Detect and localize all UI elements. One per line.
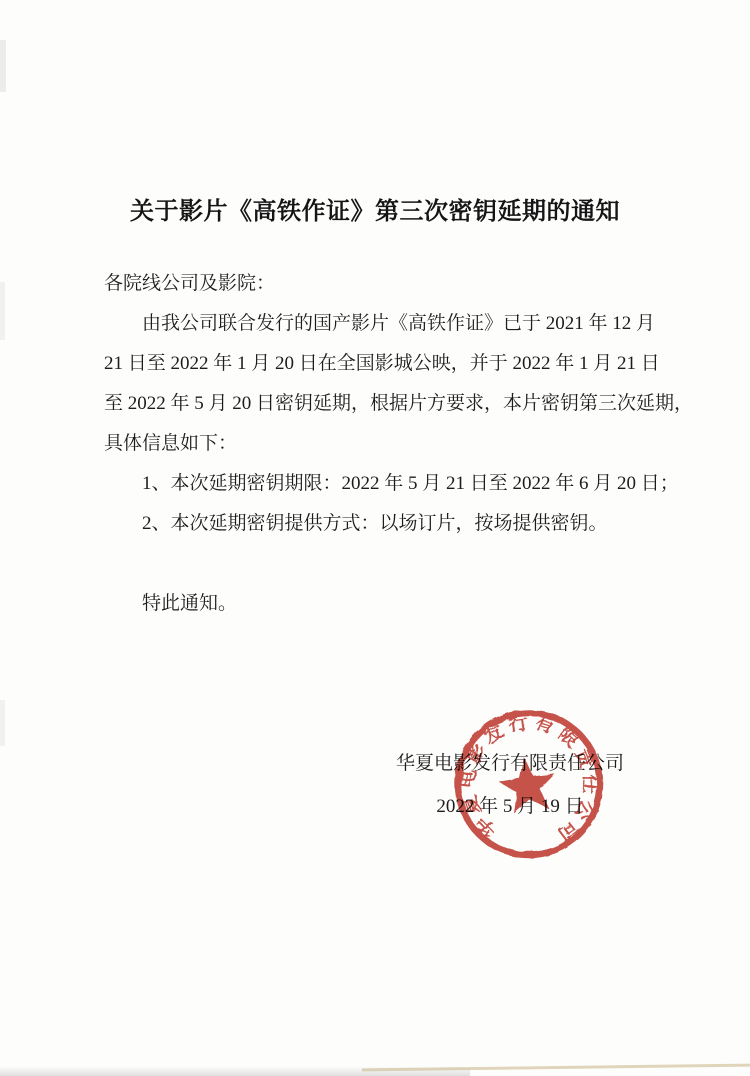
document-body: 各院线公司及影院： 由我公司联合发行的国产影片《高铁作证》已于 2021 年 1… [104,264,638,624]
blank-line [104,544,638,584]
signature-block: 华夏电影发行有限责任公司 2022 年 5 月 19 日 [360,744,660,827]
closing-line: 特此通知。 [104,584,638,624]
paragraph-line-2: 21 日至 2022 年 1 月 20 日在全国影城公映，并于 2022 年 1… [104,344,638,384]
signature-company: 华夏电影发行有限责任公司 [360,744,660,784]
scan-smudge [0,282,5,340]
scan-smudge [0,700,5,746]
list-item-2: 2、本次延期密钥提供方式：以场订片，按场提供密钥。 [104,504,638,544]
paragraph-line-3: 至 2022 年 5 月 20 日密钥延期，根据片方要求，本片密钥第三次延期， [104,384,638,424]
salutation: 各院线公司及影院： [104,264,638,304]
scan-smudge [0,40,6,92]
document-page: 关于影片《高铁作证》第三次密钥延期的通知 各院线公司及影院： 由我公司联合发行的… [0,0,750,1076]
document-title: 关于影片《高铁作证》第三次密钥延期的通知 [0,191,750,226]
list-item-1: 1、本次延期密钥期限：2022 年 5 月 21 日至 2022 年 6 月 2… [104,464,638,504]
signature-date: 2022 年 5 月 19 日 [360,787,660,827]
paragraph-line-4: 具体信息如下： [104,424,638,464]
paragraph-line-1: 由我公司联合发行的国产影片《高铁作证》已于 2021 年 12 月 [104,304,638,344]
scan-edge-line [362,1064,750,1071]
